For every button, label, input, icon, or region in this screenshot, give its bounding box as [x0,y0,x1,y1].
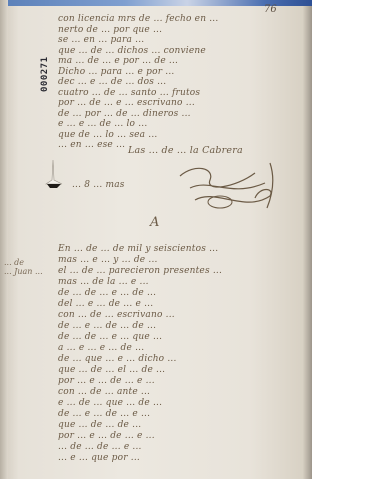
text-line: el ... de ... parecieron presentes ... [58,266,308,277]
bottom-text-block: En ... de ... de mil y seiscientos ... m… [58,244,308,464]
text-line: ma ... de ... e por ... de ... [58,56,308,67]
text-line: dec ... e ... de ... dos ... [58,77,308,88]
blank-background [312,0,370,479]
text-line: que de ... lo ... sea ... [58,130,308,141]
text-line: de ... e ... de ... de ... [58,321,308,332]
text-line: de ... por ... de ... dineros ... [58,109,308,120]
text-line: con ... de ... ante ... [58,387,308,398]
text-line: mas ... de la ... e ... [58,277,308,288]
text-line: cuatro ... de ... santo ... frutos [58,88,308,99]
mid-note: ... 8 ... mas [72,180,125,191]
text-line: e ... de ... que ... de ... [58,398,308,409]
text-line: En ... de ... de mil y seiscientos ... [58,244,308,255]
text-line: por ... de ... e ... escrivano ... [58,98,308,109]
margin-note: ... de ... Juan ... [4,258,43,276]
text-line: de ... de ... e ... de ... [58,288,308,299]
text-line: de ... de ... e ... que ... [58,332,308,343]
text-line: que ... de ... el ... de ... [58,365,308,376]
text-line: de ... e ... de ... e ... [58,409,308,420]
section-mark: A [150,218,160,229]
text-line: que ... de ... dichos ... conviene [58,46,308,57]
text-line: por ... e ... de ... e ... [58,431,308,442]
manuscript-scan: 76 000271 con licencia mrs de ... fecho … [0,0,312,479]
margin-note-line: ... Juan ... [4,267,43,276]
text-line: Dicho ... para ... e por ... [58,67,308,78]
text-line: de ... que ... e ... dicho ... [58,354,308,365]
page-edge-shadow [0,0,8,479]
text-line: del ... e ... de ... e ... [58,299,308,310]
text-line: se ... en ... para ... [58,35,308,46]
text-line: a ... e ... e ... de ... [58,343,308,354]
text-line: nerto de ... por que ... [58,25,308,36]
top-text-block: con licencia mrs de ... fecho en ... ner… [58,14,308,151]
text-line: por ... e ... de ... e ... [58,376,308,387]
text-line: que ... de ... de ... [58,420,308,431]
archive-stamp: 000271 [40,44,50,92]
text-line: mas ... e ... y ... de ... [58,255,308,266]
text-line: con ... de ... escrivano ... [58,310,308,321]
margin-note-line: ... de [4,258,43,267]
text-line: con licencia mrs de ... fecho en ... [58,14,308,25]
text-line: ... e ... que por ... [58,453,308,464]
text-line: ... de ... de ... e ... [58,442,308,453]
text-line: e ... e ... de ... lo ... [58,119,308,130]
signature-flourish-icon [175,158,285,218]
paper-hole-icon [42,160,64,192]
signature-caption: Las ... de ... la Cabrera [128,146,243,157]
